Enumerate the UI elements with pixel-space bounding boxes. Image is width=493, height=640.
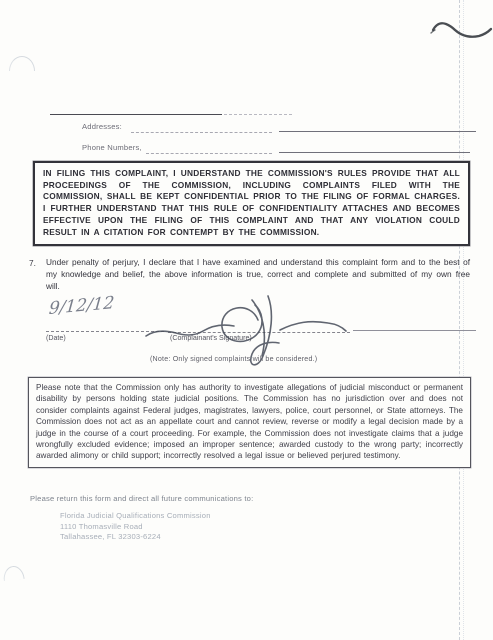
phone-numbers-label: Phone Numbers, <box>82 143 142 152</box>
signature-line-extension <box>353 330 476 331</box>
jurisdiction-notice-box: Please note that the Commission only has… <box>28 377 471 468</box>
phone-line-right <box>279 152 470 153</box>
addresses-line-left <box>131 132 272 133</box>
date-caption: (Date) <box>46 334 66 342</box>
scan-fold-line-echo <box>463 0 464 640</box>
handwritten-date: 9/12/12 <box>48 293 115 319</box>
addresses-line-right <box>279 131 476 132</box>
pen-mark-top-right <box>428 13 493 43</box>
blank-field-line-tail <box>224 114 292 115</box>
scan-smudge-bottom-left <box>2 565 24 581</box>
mailing-address-block: Florida Judicial Qualifications Commissi… <box>60 511 211 543</box>
confidentiality-notice-text: IN FILING THIS COMPLAINT, I UNDERSTAND T… <box>43 168 460 238</box>
return-instruction: Please return this form and direct all f… <box>30 494 253 503</box>
declaration-item-number: 7. <box>29 258 36 268</box>
phone-line-left <box>146 153 272 154</box>
jurisdiction-notice-text: Please note that the Commission only has… <box>36 382 463 462</box>
blank-field-line <box>50 114 222 115</box>
signature-scribble <box>140 288 350 380</box>
scan-smudge-top-left <box>9 56 35 71</box>
signed-complaints-note: (Note: Only signed complaints will be co… <box>150 355 317 363</box>
addresses-label: Addresses: <box>82 122 122 131</box>
mailing-address-line-3: Tallahassee, FL 32303-6224 <box>60 532 211 543</box>
confidentiality-notice-box: IN FILING THIS COMPLAINT, I UNDERSTAND T… <box>33 161 470 246</box>
mailing-address-line-2: 1110 Thomasville Road <box>60 522 211 533</box>
scanned-complaint-form-page: { "scan": { "fields": { "addresses_label… <box>0 0 493 640</box>
scan-fold-line <box>459 0 460 640</box>
mailing-address-line-1: Florida Judicial Qualifications Commissi… <box>60 511 211 522</box>
